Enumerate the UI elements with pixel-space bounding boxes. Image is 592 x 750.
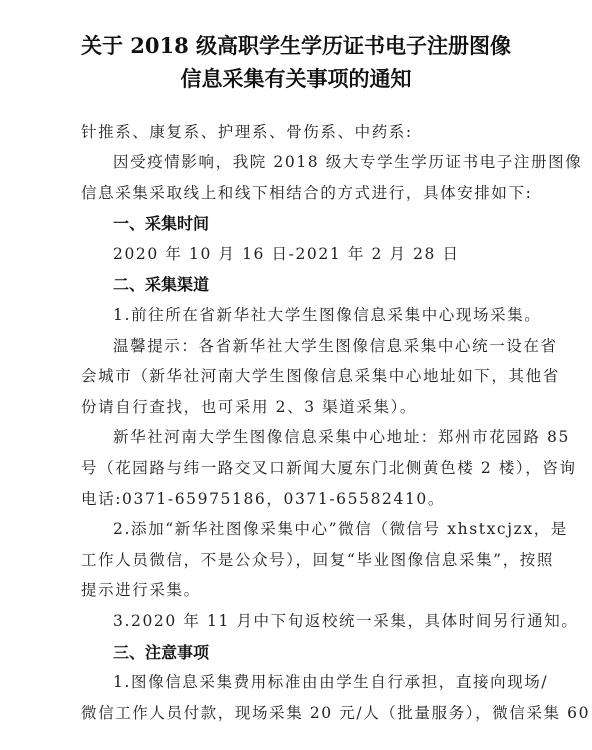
channel-item-3: 3.2020 年 11 月中下旬返校统一采集，具体时间另行通知。 xyxy=(113,609,553,631)
section-heading-notes: 三、注意事项 xyxy=(113,640,209,663)
channel-item-1: 1.前往所在省新华社大学生图像信息采集中心现场采集。 xyxy=(113,303,553,325)
channel-item-2-line-2: 工作人员微信，不是公众号），回复“毕业图像信息采集”，按照 xyxy=(81,548,521,570)
address-line-2: 号（花园路与纬一路交叉口新闻大厦东门北侧黄色楼 2 楼），咨询 xyxy=(81,456,521,478)
channel-item-2-line-1: 2.添加“新华社图像采集中心”微信（微信号 xhstxcjzx，是 xyxy=(113,517,553,539)
address-phone-line: 电话:0371-65975186，0371-65582410。 xyxy=(81,487,521,509)
channel-item-2-line-3: 提示进行采集。 xyxy=(81,578,521,600)
tip-line-1: 温馨提示：各省新华社大学生图像信息采集中心统一设在省 xyxy=(113,334,553,356)
document-title-line-1: 关于 2018 级高职学生学历证书电子注册图像 xyxy=(0,30,592,60)
recipients-line: 针推系、康复系、护理系、骨伤系、中药系: xyxy=(81,120,521,142)
section-heading-collection-channels: 二、采集渠道 xyxy=(113,272,209,295)
tip-line-3: 份请自行查找，也可采用 2、3 渠道采集）。 xyxy=(81,395,521,417)
document-title-line-2: 信息采集有关事项的通知 xyxy=(0,63,592,93)
notes-item-1-line-2: 微信工作人员付款，现场采集 20 元/人（批量服务），微信采集 60 xyxy=(81,701,521,723)
address-line-1: 新华社河南大学生图像信息采集中心地址：郑州市花园路 85 xyxy=(113,425,553,447)
section-heading-collection-time: 一、采集时间 xyxy=(113,211,209,234)
notes-item-1-line-1: 1.图像信息采集费用标准由由学生自行承担，直接向现场/ xyxy=(113,670,553,692)
collection-time-range: 2020 年 10 月 16 日-2021 年 2 月 28 日 xyxy=(113,242,553,264)
intro-paragraph-line-2: 信息采集采取线上和线下相结合的方式进行，具体安排如下: xyxy=(81,181,521,203)
tip-line-2: 会城市（新华社河南大学生图像信息采集中心地址如下，其他省 xyxy=(81,364,521,386)
intro-paragraph-line-1: 因受疫情影响，我院 2018 级大专学生学历证书电子注册图像 xyxy=(113,150,553,172)
